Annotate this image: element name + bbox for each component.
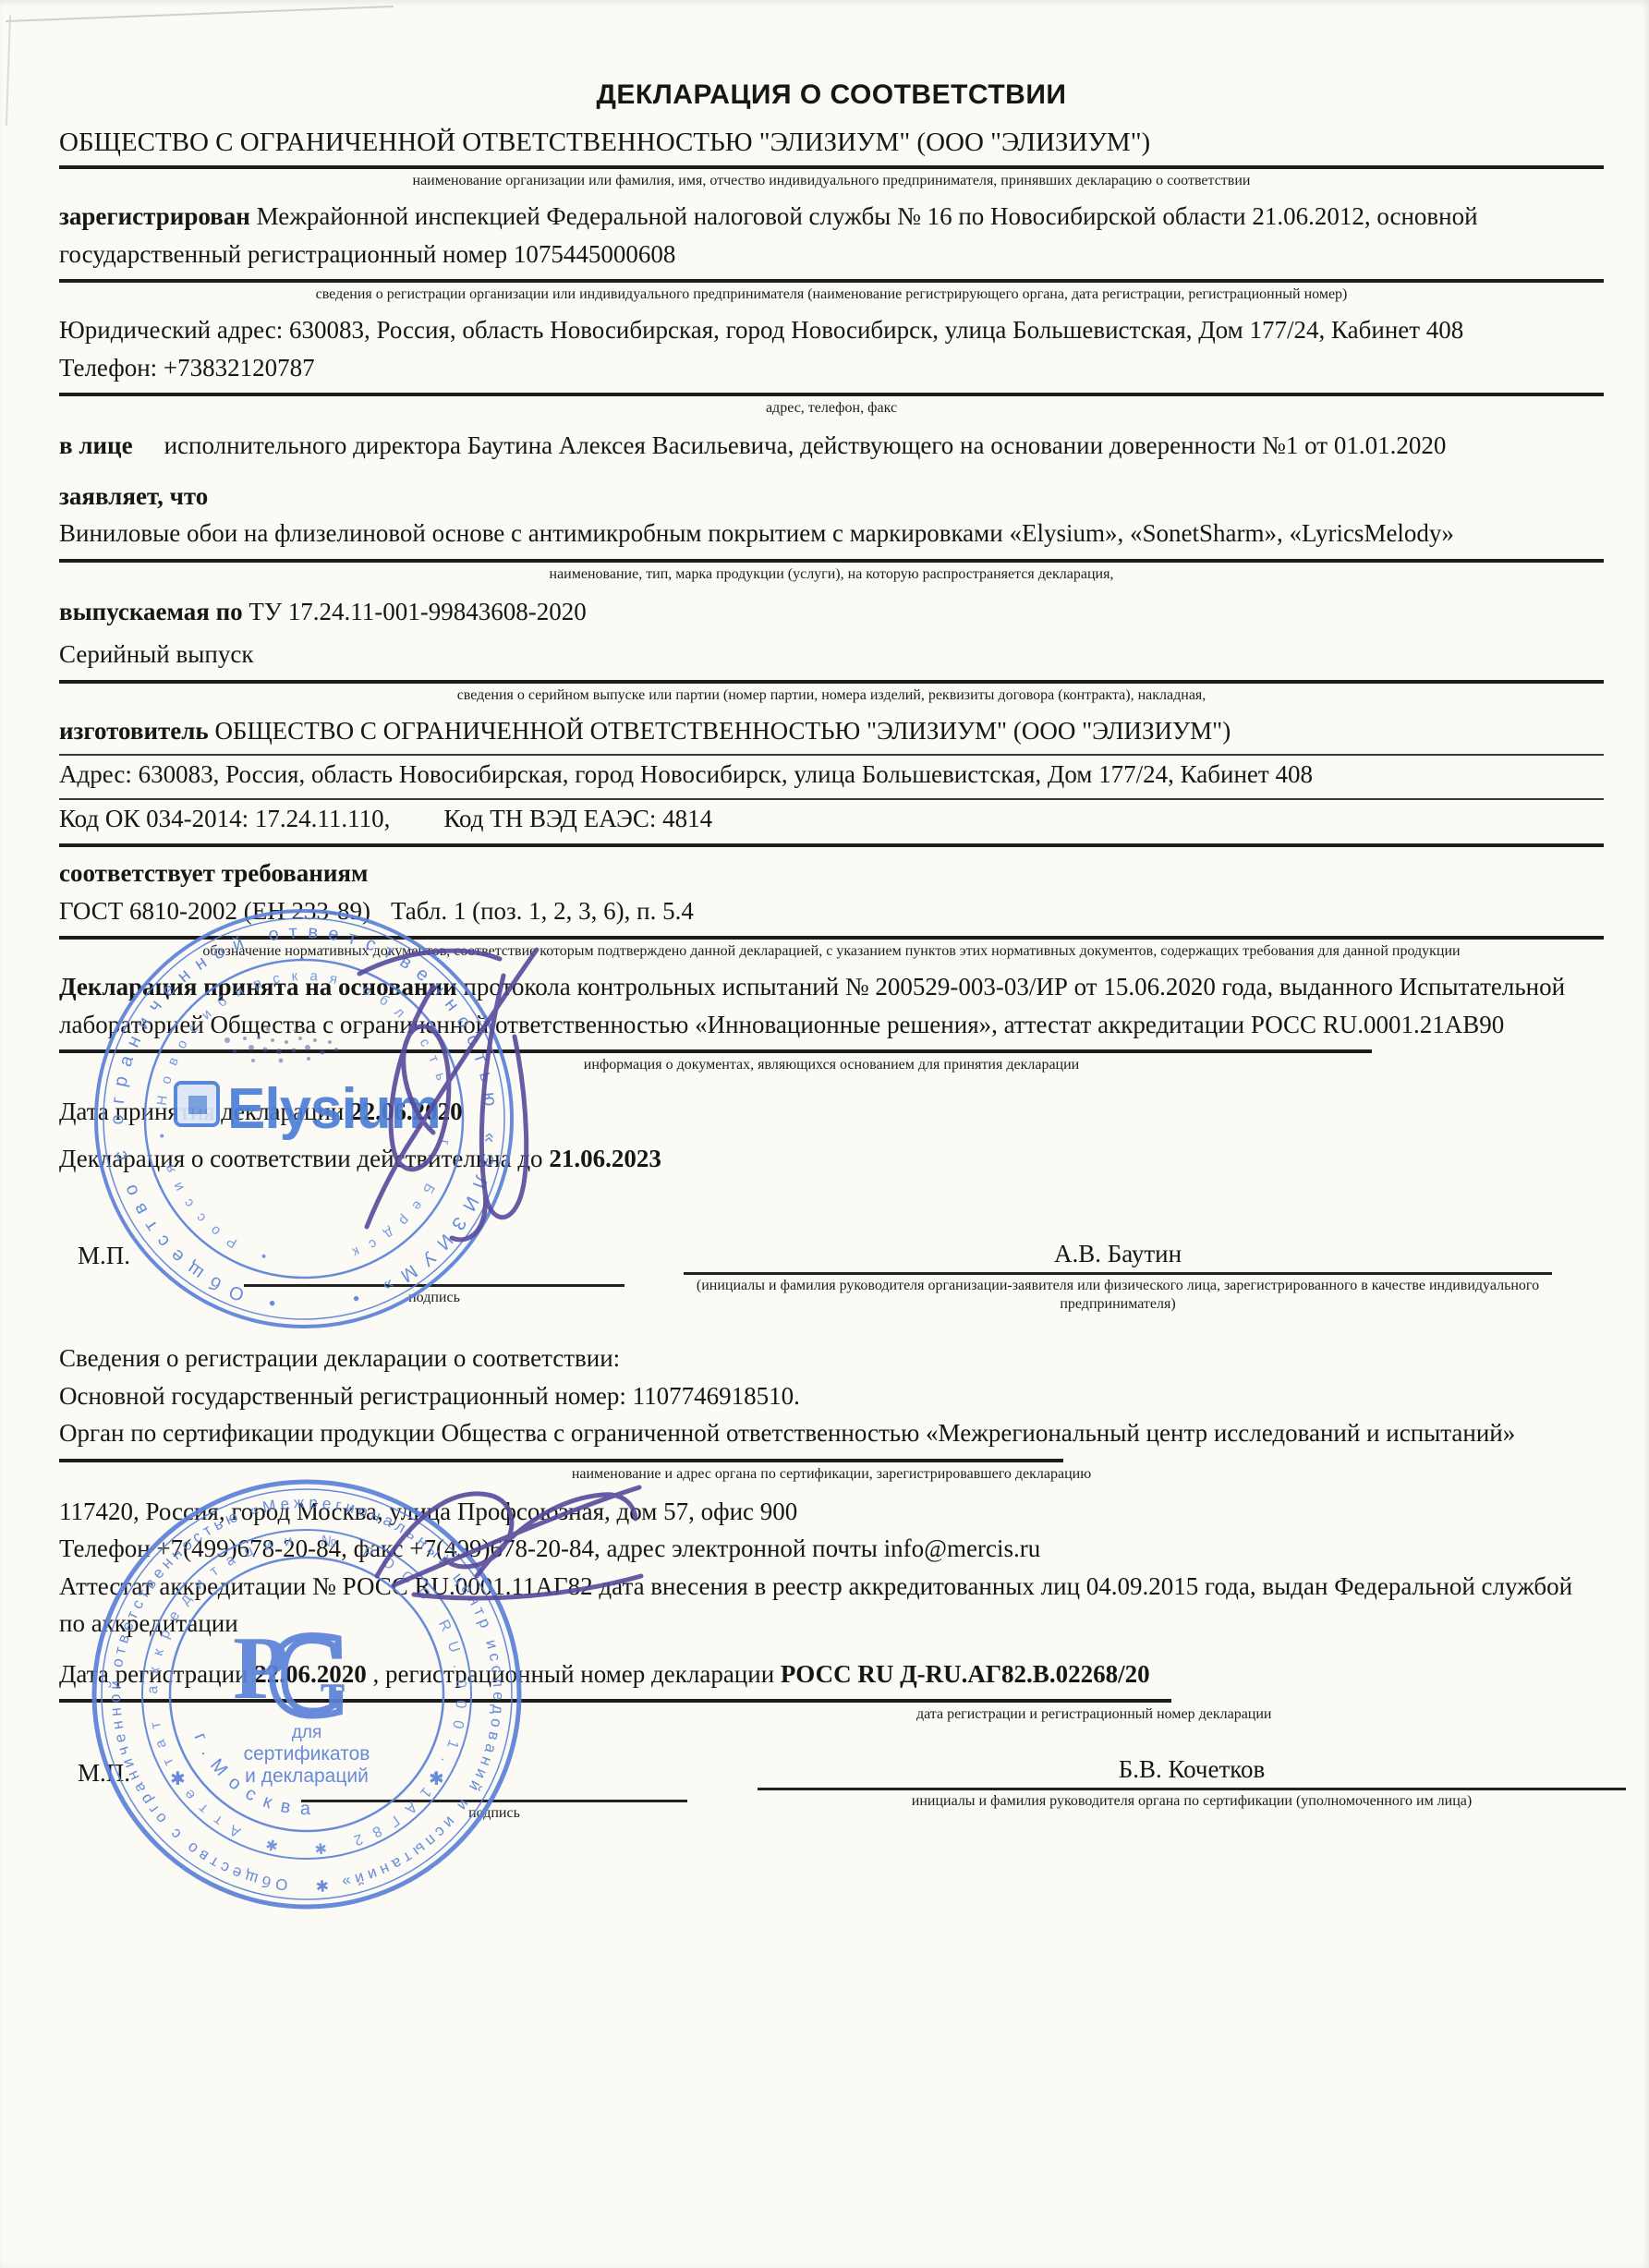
cert-head-name: Б.В. Кочетков [758,1753,1626,1790]
document-title: ДЕКЛАРАЦИЯ О СООТВЕТСТВИИ [59,79,1604,111]
address-caption: адрес, телефон, факс [59,399,1604,418]
registered-text: Межрайонной инспекцией Федеральной налог… [59,202,1478,268]
place-of-seal-label: М.П. [78,1242,130,1270]
signature-line-cert-head: подпись [301,1800,687,1823]
manufacturer-name: ОБЩЕСТВО С ОГРАНИЧЕННОЙ ОТВЕТСТВЕННОСТЬЮ… [214,717,1231,745]
product-description: Виниловые обои на флизелиновой основе с … [59,515,1604,552]
issued-label: выпускаемая по [59,598,243,625]
divider-rule [59,843,1604,847]
legal-address-line: Юридический адрес: 630083, Россия, облас… [59,311,1604,349]
certification-body-address: 117420, Россия, город Москва, улица Проф… [59,1493,1604,1531]
registration-number: РОСС RU Д-RU.АГ82.В.02268/20 [781,1660,1150,1688]
signature-block-cert-body: Общество с ограниченной ответственностью… [59,1733,1604,1853]
declarant-head-name-block: А.В. Баутин (инициалы и фамилия руководи… [684,1238,1552,1314]
registration-info-title: Сведения о регистрации декларации о соот… [59,1340,1604,1377]
signature-line-declarant: подпись [244,1284,624,1307]
code-tnved: Код ТН ВЭД ЕАЭС: 4814 [443,805,712,832]
declarant-name: ОБЩЕСТВО С ОГРАНИЧЕННОЙ ОТВЕТСТВЕННОСТЬЮ… [59,126,1604,159]
registration-date-label: Дата регистрации [59,1660,249,1688]
scan-artifact-top [6,6,394,22]
conforms-line: ГОСТ 6810-2002 (ЕН 233-89)Табл. 1 (поз. … [59,892,1604,930]
divider-rule [59,559,1604,563]
codes-line: Код ОК 034-2014: 17.24.11.110,Код ТН ВЭД… [59,800,1604,838]
stamp2-stars: ✱✱ [170,1769,444,1789]
validity-line: Декларация о соответствии действительна … [59,1140,1604,1178]
registration-line: зарегистрирован Межрайонной инспекцией Ф… [59,198,1604,273]
document-content: ДЕКЛАРАЦИЯ О СООТВЕТСТВИИ ОБЩЕСТВО С ОГР… [59,79,1604,1853]
basis-line: Декларация принята на основании протокол… [59,968,1604,1043]
svg-text:✱: ✱ [170,1769,186,1789]
stamp2-purpose-line3: и деклараций [245,1765,369,1787]
adoption-date-line: Дата принятия декларации 22.06.2020 [59,1093,1604,1131]
registration-ogrn: Основной государственный регистрационный… [59,1377,1604,1415]
stamp2-purpose-line2: сертификатов [244,1743,370,1765]
issued-line: выпускаемая по ТУ 17.24.11-001-99843608-… [59,593,1604,631]
conforms-caption: обозначение нормативных документов, соот… [59,942,1604,961]
divider-rule [59,936,1604,940]
product-caption: наименование, тип, марка продукции (услу… [59,565,1604,584]
divider-rule [59,680,1604,684]
basis-label: Декларация принята на основании [59,973,457,1001]
divider-rule [59,1459,1063,1462]
serial-line: Серийный выпуск [59,636,1604,673]
declarant-name-caption: наименование организации или фамилия, им… [59,172,1604,190]
signature-caption: подпись [244,1289,624,1307]
registration-caption: сведения о регистрации организации или и… [59,285,1604,304]
registration-date-caption: дата регистрации и регистрационный номер… [708,1705,1480,1724]
divider-rule [59,279,1604,283]
declaration-document-page: ДЕКЛАРАЦИЯ О СООТВЕТСТВИИ ОБЩЕСТВО С ОГР… [0,0,1649,2268]
declarant-head-name: А.В. Баутин [684,1238,1552,1275]
divider-rule [59,165,1604,169]
manufacturer-line: изготовитель ОБЩЕСТВО С ОГРАНИЧЕННОЙ ОТВ… [59,712,1604,750]
basis-caption: информация о документах, являющихся осно… [59,1056,1604,1074]
issued-text: ТУ 17.24.11-001-99843608-2020 [249,598,586,625]
in-person-label: в лице [59,431,133,459]
serial-caption: сведения о серийном выпуске или партии (… [59,686,1604,705]
conforms-standard: ГОСТ 6810-2002 (ЕН 233-89) [59,897,370,925]
code-ok: Код ОК 034-2014: 17.24.11.110, [59,805,390,832]
registration-date-line: Дата регистрации 22.06.2020 , регистраци… [59,1656,1604,1693]
declares-label: заявляет, что [59,478,1604,515]
conforms-clauses: Табл. 1 (поз. 1, 2, 3, 6), п. 5.4 [391,897,694,925]
declarant-head-caption: (инициалы и фамилия руководителя организ… [684,1277,1552,1314]
in-person-line: в лицеисполнительного директора Баутина … [59,427,1604,465]
registered-label: зарегистрирован [59,202,250,230]
place-of-seal-label: М.П. [78,1759,130,1788]
svg-text:✱: ✱ [429,1769,444,1789]
in-person-text: исполнительного директора Баутина Алексе… [164,431,1447,459]
cert-head-caption: инициалы и фамилия руководителя органа п… [758,1792,1626,1811]
registration-number-label: , регистрационный номер декларации [367,1660,781,1688]
divider-rule [59,1049,1372,1053]
certification-body: Орган по сертификации продукции Общества… [59,1414,1604,1452]
adoption-date-label: Дата принятия декларации [59,1098,344,1125]
accreditation-line: Аттестат аккредитации № РОСС RU.0001.11А… [59,1568,1604,1643]
certification-body-phone: Телефон +7(499)678-20-84, факс +7(499)67… [59,1530,1604,1568]
certification-body-caption: наименование и адрес органа по сертифика… [59,1465,1604,1484]
adoption-date: 22.06.2020 [350,1098,463,1125]
phone-line: Телефон: +73832120787 [59,349,1604,387]
scan-artifact-left [6,15,11,126]
stamp2-city-text: г . М о с к в а [189,1730,313,1819]
registration-date: 22.06.2020 [254,1660,367,1688]
stamp2-purpose-line1: для [292,1723,321,1742]
validity-date: 21.06.2023 [549,1145,661,1172]
conforms-label: соответствует требованиям [59,855,1604,892]
cert-head-name-block: Б.В. Кочетков инициалы и фамилия руковод… [758,1753,1626,1811]
signature-block-declarant: • Общество с ограниченной ответственност… [59,1184,1604,1340]
svg-text:г . М о с к в а: г . М о с к в а [189,1730,313,1819]
manufacturer-address: Адрес: 630083, Россия, область Новосибир… [59,756,1604,794]
manufacturer-label: изготовитель [59,717,209,745]
signature-caption: подпись [301,1804,687,1823]
divider-rule [59,1699,1171,1703]
validity-label: Декларация о соответствии действительна … [59,1145,543,1172]
divider-rule [59,393,1604,396]
